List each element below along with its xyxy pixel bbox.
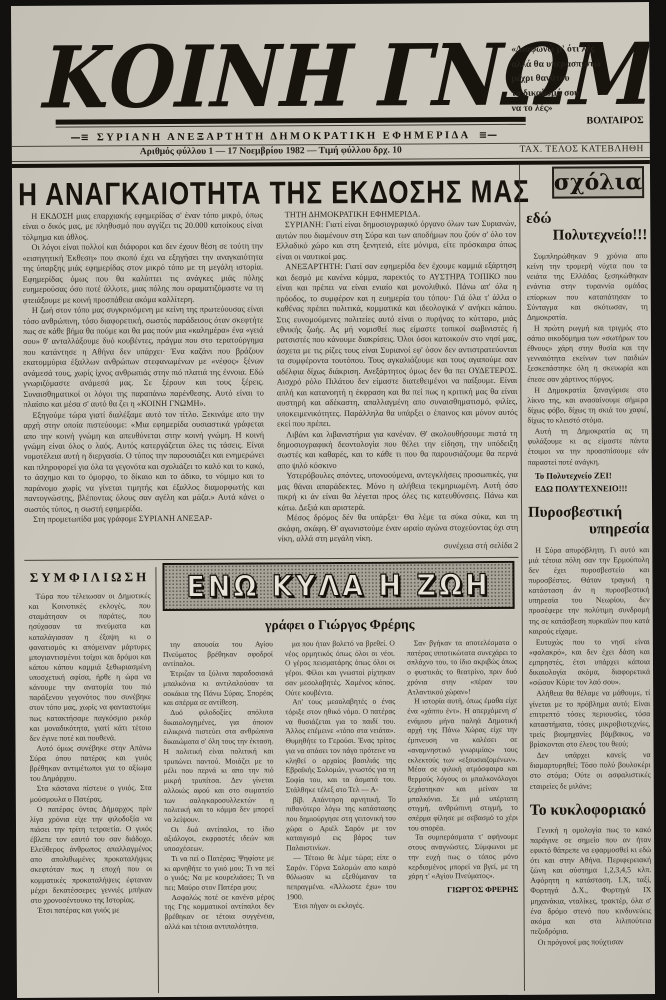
fire-service-title-line2: υπηρεσία — [528, 521, 649, 539]
decor-right: ≡— — [471, 130, 505, 141]
voltaire-motto: «Διαφωνώ μ' ότι λές αλλά θα υπερασπιστώ … — [511, 42, 645, 116]
paragraph: την απουσία του Αγίου Πνεύματος βρέθηκαν… — [163, 639, 273, 669]
paragraph: Στη προμετωπίδα μας γράφομε ΣΥΡΙΑΝΗ ΑΝΕΞ… — [24, 514, 265, 526]
life-column-body: την απουσία του Αγίου Πνεύματος βρέθηκαν… — [163, 638, 519, 932]
fire-service-text: Η Σύρα απυρόβλητη. Γι αυτό και μιά τέτοι… — [528, 545, 651, 792]
newspaper-subtitle: —≡ΣΥΡΙΑΝΗ ΑΝΕΞΑΡΤΗΤΗ ΔΗΜΟΚΡΑΤΙΚΗ ΕΦΗΜΕΡΙ… — [40, 130, 528, 144]
paragraph: ΑΝΕΞΑΡΤΗΤΗ: Γιατί σαν εφημερίδα δεν έχου… — [276, 261, 518, 430]
paragraph: Τι να πεί ο Πατέρας; Ψηφίστε με κι αρνηθ… — [164, 853, 274, 893]
paragraph: Οι λόγοι είναι πολλοί και διάφοροι και δ… — [22, 242, 263, 306]
paragraph: Λιβάνι και λιβανιστήρια για κανέναν. Θ' … — [277, 428, 518, 471]
decor-left: —≡ — [62, 132, 96, 143]
paragraph: Η πρώτη ρωγμή και τριγμός στο σάπιο οικο… — [527, 323, 648, 384]
paragraph: βίβ. Απάντηση αρνητική. Το πιθανότερο λό… — [286, 794, 396, 853]
polytechnic-slogan-1: Το Πολυτεχνείο ΖΕΙ! — [528, 470, 649, 481]
paragraph: Έτσι πήγαν οι εκλογές. — [286, 901, 396, 911]
polytechnic-article: εδώ Πολυτεχνείο!!! Συμπληρώθηκαν 9 χρόνι… — [526, 210, 649, 493]
newspaper-paper: ΚΟΙΝΗ ΓΝΩΜΗ «Διαφωνώ μ' ότι λές αλλά θα … — [11, 2, 655, 998]
column-rule — [519, 165, 525, 991]
paragraph: Η ιστορία αυτή, όπως έμαθα είχε ένα «χάπ… — [407, 696, 518, 833]
continued-on-page-note: συνέχεια στή σελίδα 2 — [278, 541, 518, 551]
paragraph: Έτριζαν τα ξύλινα παραδοσιακά μπαλκόνια … — [163, 669, 273, 709]
paragraph: Η Δημοκρατία ξαναγύρισε στο λίκνο της, κ… — [527, 385, 648, 426]
paragraph: Δεν υπάρχει κανείς να διαμαρτυρηθεί; Τόσ… — [530, 750, 651, 791]
traffic-title: Το κυκλοφοριακό — [530, 801, 651, 820]
paragraph: Συμπληρώθηκαν 9 χρόνια απο κείνη την τρο… — [526, 251, 647, 323]
paragraph: Ευτυχώς που το νησί είναι «φαλακρό», και… — [529, 637, 650, 688]
life-column-3: Σαν βγήκαν τα αποτελέσματα ο πατέρας ιππ… — [407, 638, 519, 930]
paragraph: Δυό φιλοδοξίες απόλυτα δικαιολογημένες, … — [163, 707, 274, 824]
paragraph: Υστερόβουλες σπόντες, υπονοούμενα, αντεγ… — [277, 470, 518, 513]
comments-sidebar: σχόλια εδώ Πολυτεχνείο!!! Συμπληρώθηκαν … — [526, 162, 652, 991]
reconciliation-title: ΣΥΜΦΙΛΙΩΣΗ — [28, 569, 150, 586]
divider — [24, 557, 518, 561]
life-column-title: ΕΝΩ ΚΥΛΑ Η ΖΩΗ — [186, 568, 490, 603]
polytechnic-text: Συμπληρώθηκαν 9 χρόνια απο κείνη την τρο… — [526, 251, 648, 467]
postage-notice: ΤΑΧ. ΤΕΛΟΣ ΚΑΤΕΒΛΗΘΗ — [520, 144, 644, 155]
reconciliation-article: ΣΥΜΦΙΛΙΩΣΗ Τώρα που τέλειωσαν οι Δημοτικ… — [28, 567, 153, 994]
paragraph: Τα συμπεράσματα τ' αφήνουμε στους αναγνώ… — [408, 832, 518, 881]
spacer — [528, 493, 649, 503]
paragraph: Τώρα που τέλειωσαν οι Δημοτικές και Κοιν… — [29, 591, 152, 744]
paragraph: Απ' τους μεσολαβητές ο ένας τόριξε στον … — [285, 697, 396, 795]
main-article: Η ΕΚΔΟΣΗ μιας επαρχιακής εφημερίδας σ' έ… — [22, 209, 518, 544]
polytechnic-title-line1: εδώ — [526, 210, 647, 228]
paragraph: Η Σύρα απυρόβλητη. Γι αυτό και μιά τέτοι… — [528, 545, 650, 637]
paragraph: Στα κάστανα πίστευε ο γυιός. Στα μούσμου… — [30, 783, 152, 804]
paragraph: Μέσος δρόμος δέν θα υπάρξει· Θα λέμε τα … — [278, 512, 519, 544]
life-column-section: ΕΝΩ ΚΥΛΑ Η ΖΩΗ γράφει ο Γιώργος Φρέρης τ… — [162, 561, 519, 993]
main-article-column-2: ΤΗΤΗ ΔΗΜΟΚΡΑΤΙΚΗ ΕΦΗΜΕΡΙΔΑ.ΣΥΡΙΑΝΗ: Γιατ… — [276, 209, 519, 542]
traffic-text: Γενική η ομολογία πως το κακό παράγινε σ… — [530, 825, 652, 948]
paragraph: Αυτό όμως συνέβηκε στην Απάνω Σύρα όπου … — [29, 743, 151, 784]
polytechnic-title-line2: Πολυτεχνείο!!! — [526, 227, 647, 245]
main-article-column-1: Η ΕΚΔΟΣΗ μιας επαρχιακής εφημερίδας σ' έ… — [22, 210, 265, 543]
life-column-1: την απουσία του Αγίου Πνεύματος βρέθηκαν… — [163, 639, 275, 931]
subtitle-text: ΣΥΡΙΑΝΗ ΑΝΕΞΑΡΤΗΤΗ ΔΗΜΟΚΡΑΤΙΚΗ ΕΦΗΜΕΡΙΔΑ — [97, 130, 471, 143]
scanned-newspaper-page: ΚΟΙΝΗ ΓΝΩΜΗ «Διαφωνώ μ' ότι λές αλλά θα … — [0, 0, 666, 1000]
paragraph: Ασφαλώς ποτέ σε κανένα μέρος της Γης κομ… — [164, 892, 274, 932]
life-column-2: μα που ήταν βολετό να βρεθεί. Ο νέος ορμ… — [285, 639, 397, 931]
life-column-3-text: Σαν βγήκαν τα αποτελέσματα ο πατέρας ιππ… — [407, 638, 518, 882]
newspaper-title: ΚΟΙΝΗ ΓΝΩΜΗ — [42, 33, 525, 121]
motto-author: ΒΟΛΤΑΙΡΟΣ — [514, 115, 644, 127]
paragraph: Οι δυό αντίπαλοι, το ίδιο αξιόλογοι, εκφ… — [164, 824, 274, 854]
fire-service-article: Πυροσβεστική υπηρεσία Η Σύρα απυρόβλητη.… — [528, 504, 651, 792]
paragraph: Εξηγούμε τώρα γιατί διαλέξαμε αυτό τον τ… — [23, 409, 264, 515]
reconciliation-text: Τώρα που τέλειωσαν οι Δημοτικές και Κοιν… — [29, 591, 153, 916]
life-column-title-box: ΕΝΩ ΚΥΛΑ Η ΖΩΗ — [162, 561, 514, 611]
paragraph: Έτσι πατέρας και γυιός με — [30, 905, 152, 916]
paragraph: Οι πρόγονοί μας πούχτισαν — [531, 937, 652, 948]
paragraph: — Τέτοιο θε λέμε τώρα; είπε ο Σαρόν. Γόρ… — [286, 852, 396, 901]
paragraph: Η ζωή στον τόπο μας συγκρινόμενη με κείν… — [23, 305, 264, 411]
comments-box: σχόλια — [552, 166, 644, 199]
author-signature: ΓΙΩΡΓΟΣ ΦΡΕΡΗΣ — [408, 885, 518, 896]
paragraph: Αλήθεια θα θέλαμε να μάθουμε, τί γίνεται… — [529, 688, 650, 749]
paragraph: Σαν βγήκαν τα αποτελέσματα ο πατέρας ιππ… — [407, 638, 517, 697]
paragraph: Γενική η ομολογία πως το κακό παράγινε σ… — [530, 825, 652, 937]
main-headline: Η ΑΝΑΓΚΑΙΟΤΗΤΑ ΤΗΣ ΕΚΔΟΣΗΣ ΜΑΣ — [18, 173, 516, 214]
paragraph: μα που ήταν βολετό να βρεθεί. Ο νέος ορμ… — [285, 639, 395, 698]
column-rule — [155, 567, 159, 993]
paragraph: Η ΕΚΔΟΣΗ μιας επαρχιακής εφημερίδας σ' έ… — [22, 210, 263, 243]
fire-service-title-line1: Πυροσβεστική — [528, 504, 649, 522]
paragraph: Αυτή τη Δημοκρατία ας τη φυλάξουμε κι ας… — [528, 426, 649, 467]
traffic-article: Το κυκλοφοριακό Γενική η ομολογία πως το… — [530, 801, 652, 948]
author-byline: γράφει ο Γιώργος Φρέρης — [163, 616, 517, 634]
paragraph: ΣΥΡΙΑΝΗ: Γιατί είναι δημοσιογραφικό όργα… — [276, 219, 517, 262]
issue-info-line: Αριθμός φύλλου 1 — 17 Νοεμβρίου 1982 — Τ… — [76, 145, 466, 157]
paragraph: Ο πατέρας όντας Δήμαρχος πρίν λίγα χρόνι… — [30, 804, 153, 906]
comments-box-label: σχόλια — [554, 169, 643, 196]
